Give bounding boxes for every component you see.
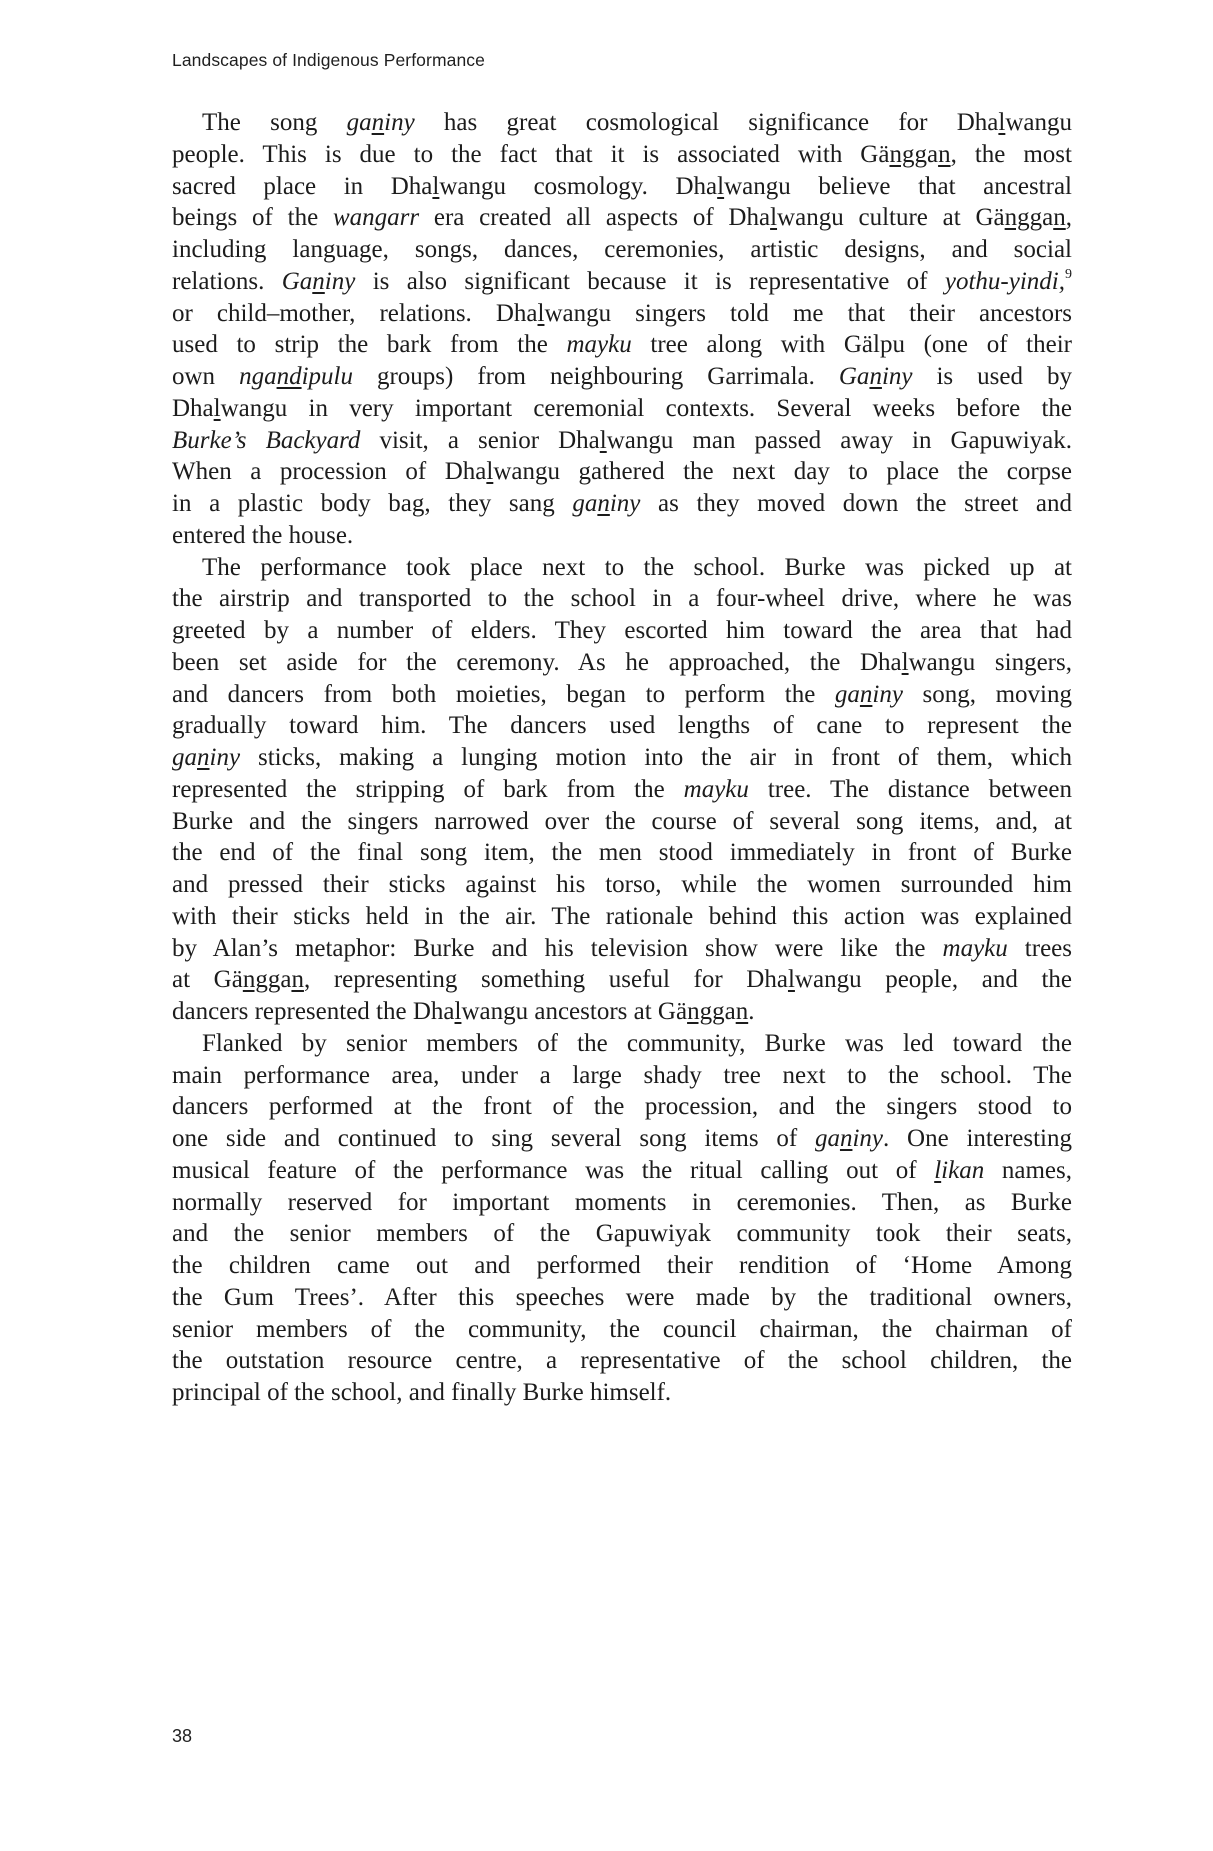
italic-term: iny [872, 681, 903, 708]
page-number: 38 [172, 1726, 192, 1747]
text-run: Flanked by senior members of the communi… [202, 1030, 1072, 1057]
text-run: wangu in very important ceremonial conte… [221, 395, 1072, 422]
text-run: the airstrip and transported to the scho… [172, 585, 1072, 612]
text-run: and the senior members of the Gapuwiyak … [172, 1220, 1072, 1247]
text-run: trees [1008, 935, 1072, 962]
text-run: has great cosmological significance for … [415, 109, 999, 136]
text-line: dancers performed at the front of the pr… [172, 1091, 1072, 1123]
underlined-letter: l [902, 649, 909, 676]
text-line: Burke’s Backyard visit, a senior Dhalwan… [172, 425, 1072, 457]
italic-term: yothu-yindi, [945, 268, 1065, 295]
text-run: senior members of the community, the cou… [172, 1316, 1072, 1343]
text-run: dancers performed at the front of the pr… [172, 1093, 1072, 1120]
text-line: normally reserved for important moments … [172, 1187, 1072, 1219]
text-run: . [748, 998, 754, 1025]
text-line: or child–mother, relations. Dhalwangu si… [172, 298, 1072, 330]
text-line: and the senior members of the Gapuwiyak … [172, 1218, 1072, 1250]
text-run: The performance took place next to the s… [202, 554, 1072, 581]
text-run: wangu believe that ancestral [724, 173, 1072, 200]
text-run: wangu man passed away in Gapuwiyak. [607, 427, 1072, 454]
text-run: as they moved down the street and [640, 490, 1072, 517]
text-run: with their sticks held in the air. The r… [172, 903, 1072, 930]
text-run: is used by [912, 363, 1072, 390]
text-run: by Alan’s metaphor: Burke and his televi… [172, 935, 943, 962]
text-line: used to strip the bark from the mayku tr… [172, 329, 1072, 361]
text-line: relations. Ganiny is also significant be… [172, 266, 1072, 298]
underlined-letter: ng [243, 966, 268, 993]
text-run: Dha [172, 395, 214, 422]
italic-term: wangarr [333, 204, 419, 231]
text-run: ga [712, 998, 736, 1025]
underlined-letter: l [770, 204, 777, 231]
italic-term: n [840, 1125, 853, 1152]
text-run: wangu people, and the [795, 966, 1072, 993]
text-run: ga [914, 141, 938, 168]
underlined-letter: n [938, 141, 951, 168]
text-line: senior members of the community, the cou… [172, 1314, 1072, 1346]
italic-term: nga [239, 363, 277, 390]
paragraph-3: Flanked by senior members of the communi… [172, 1028, 1072, 1409]
text-run: the Gum Trees’. After this speeches were… [172, 1284, 1072, 1311]
text-line: The performance took place next to the s… [172, 552, 1072, 584]
text-run: names, [984, 1157, 1072, 1184]
text-line: main performance area, under a large sha… [172, 1060, 1072, 1092]
text-run: beings of the [172, 204, 333, 231]
text-run: entered the house. [172, 522, 353, 549]
text-run: including language, songs, dances, cerem… [172, 236, 1072, 263]
text-run: and dancers from both moieties, began to… [172, 681, 835, 708]
text-line: Flanked by senior members of the communi… [172, 1028, 1072, 1060]
text-run: , the most [951, 141, 1072, 168]
text-run: ga [1030, 204, 1054, 231]
text-run: in a plastic body bag, they sang [172, 490, 572, 517]
text-run: one side and continued to sing several s… [172, 1125, 815, 1152]
italic-term: ga [347, 109, 372, 136]
text-line: including language, songs, dances, cerem… [172, 234, 1072, 266]
text-run: dancers represented the Dha [172, 998, 455, 1025]
underlined-letter: ng [1005, 204, 1030, 231]
text-run: song, moving [903, 681, 1072, 708]
text-run: visit, a senior Dha [360, 427, 599, 454]
text-run: sacred place in Dha [172, 173, 432, 200]
text-run: the outstation resource centre, a repres… [172, 1347, 1072, 1374]
italic-term: Burke’s Backyard [172, 427, 360, 454]
text-run: at Gä [172, 966, 243, 993]
text-line: ganiny sticks, making a lunging motion i… [172, 742, 1072, 774]
text-line: in a plastic body bag, they sang ganiny … [172, 488, 1072, 520]
text-run: main performance area, under a large sha… [172, 1062, 1072, 1089]
italic-term: Ga [839, 363, 870, 390]
italic-term: nd [277, 363, 302, 390]
running-head: Landscapes of Indigenous Performance [172, 50, 485, 71]
text-line: When a procession of Dhalwangu gathered … [172, 456, 1072, 488]
text-run: normally reserved for important moments … [172, 1189, 1072, 1216]
text-run: Burke and the singers narrowed over the … [172, 808, 1072, 835]
italic-term: ipulu [302, 363, 353, 390]
text-line: been set aside for the ceremony. As he a… [172, 647, 1072, 679]
italic-term: ga [815, 1125, 840, 1152]
text-line: Dhalwangu in very important ceremonial c… [172, 393, 1072, 425]
text-run: wangu culture at Gä [777, 204, 1005, 231]
text-line: The song ganiny has great cosmological s… [172, 107, 1072, 139]
italic-term: n [597, 490, 610, 517]
text-run: wangu singers, [909, 649, 1072, 676]
text-run: principal of the school, and finally Bur… [172, 1379, 671, 1406]
underlined-letter: l [214, 395, 221, 422]
text-line: Burke and the singers narrowed over the … [172, 806, 1072, 838]
text-line: dancers represented the Dhalwangu ancest… [172, 996, 1072, 1028]
text-run: , [1066, 204, 1072, 231]
text-line: own ngandipulu groups) from neighbouring… [172, 361, 1072, 393]
text-run: musical feature of the performance was t… [172, 1157, 934, 1184]
text-line: and dancers from both moieties, began to… [172, 679, 1072, 711]
text-run: wangu [1005, 109, 1072, 136]
italic-term: iny [882, 363, 913, 390]
italic-term: ga [172, 744, 197, 771]
text-run: ga [268, 966, 292, 993]
text-run: is also significant because it is repres… [355, 268, 945, 295]
text-run: used to strip the bark from the [172, 331, 566, 358]
underlined-letter: n [736, 998, 749, 1025]
text-run: sticks, making a lunging motion into the… [240, 744, 1072, 771]
italic-term: n [869, 363, 882, 390]
text-line: the airstrip and transported to the scho… [172, 583, 1072, 615]
paragraph-2: The performance took place next to the s… [172, 552, 1072, 1028]
text-line: people. This is due to the fact that it … [172, 139, 1072, 171]
text-line: and pressed their sticks against his tor… [172, 869, 1072, 901]
text-run: wangu cosmology. Dha [439, 173, 717, 200]
text-line: the children came out and performed thei… [172, 1250, 1072, 1282]
text-line: at Gänggan, representing something usefu… [172, 964, 1072, 996]
underlined-letter: l [600, 427, 607, 454]
italic-term: iny [384, 109, 415, 136]
text-run: own [172, 363, 239, 390]
italic-term: iny [610, 490, 641, 517]
underlined-letter: l [788, 966, 795, 993]
text-run: been set aside for the ceremony. As he a… [172, 649, 902, 676]
italic-term: iny [325, 268, 356, 295]
text-line: one side and continued to sing several s… [172, 1123, 1072, 1155]
footnote-marker[interactable]: 9 [1065, 267, 1072, 282]
text-run: people. This is due to the fact that it … [172, 141, 889, 168]
text-run: tree along with Gälpu (one of their [632, 331, 1072, 358]
text-line: entered the house. [172, 520, 1072, 552]
italic-term: ga [835, 681, 860, 708]
text-line: principal of the school, and finally Bur… [172, 1377, 1072, 1409]
text-line: beings of the wangarr era created all as… [172, 202, 1072, 234]
text-line: by Alan’s metaphor: Burke and his televi… [172, 933, 1072, 965]
text-run: The song [202, 109, 347, 136]
text-line: the end of the final song item, the men … [172, 837, 1072, 869]
body-text: The song ganiny has great cosmological s… [172, 107, 1072, 1409]
text-line: with their sticks held in the air. The r… [172, 901, 1072, 933]
paragraph-1: The song ganiny has great cosmological s… [172, 107, 1072, 552]
text-line: the outstation resource centre, a repres… [172, 1345, 1072, 1377]
text-run: When a procession of Dha [172, 458, 486, 485]
italic-term: iny [852, 1125, 883, 1152]
text-line: the Gum Trees’. After this speeches were… [172, 1282, 1072, 1314]
text-line: represented the stripping of bark from t… [172, 774, 1072, 806]
text-run: or child–mother, relations. Dha [172, 300, 538, 327]
text-run: wangu singers told me that their ancesto… [544, 300, 1072, 327]
italic-term: n [860, 681, 873, 708]
text-run: greeted by a number of elders. They esco… [172, 617, 1072, 644]
underlined-letter: ng [889, 141, 914, 168]
text-run: and pressed their sticks against his tor… [172, 871, 1072, 898]
text-line: musical feature of the performance was t… [172, 1155, 1072, 1187]
underlined-letter: n [1053, 204, 1066, 231]
italic-term: mayku [684, 776, 749, 803]
text-run: groups) from neighbouring Garrimala. [353, 363, 839, 390]
text-run: gradually toward him. The dancers used l… [172, 712, 1072, 739]
text-run: wangu gathered the next day to place the… [493, 458, 1072, 485]
text-run: the children came out and performed thei… [172, 1252, 1072, 1279]
italic-term: iny [210, 744, 241, 771]
text-line: sacred place in Dhalwangu cosmology. Dha… [172, 171, 1072, 203]
text-run: the end of the final song item, the men … [172, 839, 1072, 866]
text-run: , representing something useful for Dha [304, 966, 788, 993]
text-run: . One interesting [883, 1125, 1072, 1152]
text-run: represented the stripping of bark from t… [172, 776, 684, 803]
italic-term: mayku [943, 935, 1008, 962]
underlined-letter: n [291, 966, 304, 993]
italic-term: ikan [941, 1157, 984, 1184]
italic-term: ga [572, 490, 597, 517]
italic-term: mayku [566, 331, 631, 358]
text-run: tree. The distance between [749, 776, 1072, 803]
italic-term: n [197, 744, 210, 771]
text-line: greeted by a number of elders. They esco… [172, 615, 1072, 647]
italic-term: Ga [282, 268, 313, 295]
text-line: gradually toward him. The dancers used l… [172, 710, 1072, 742]
text-run: wangu ancestors at Gä [461, 998, 687, 1025]
italic-term: n [312, 268, 325, 295]
underlined-letter: ng [687, 998, 712, 1025]
text-run: relations. [172, 268, 282, 295]
text-run: era created all aspects of Dha [419, 204, 770, 231]
italic-term: n [372, 109, 385, 136]
